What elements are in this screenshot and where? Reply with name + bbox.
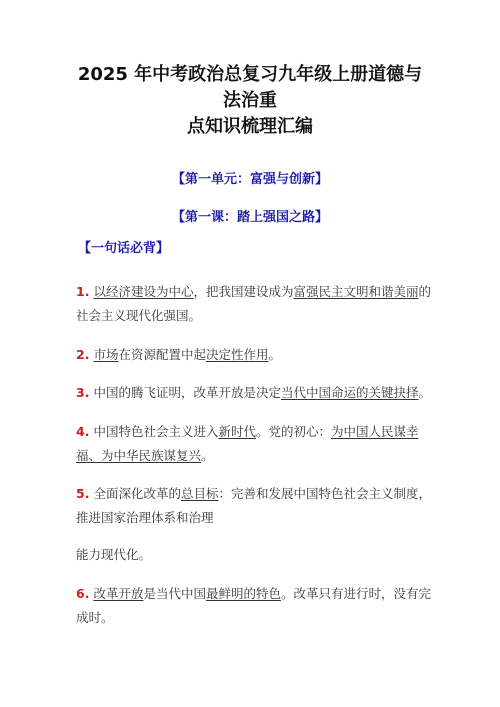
lesson-heading: 【第一课：踏上强国之路】	[0, 206, 500, 225]
title-line-2: 点知识梳理汇编	[187, 116, 313, 137]
list-item: 3. 中国的腾飞证明，改革开放是决定当代中国命运的关键抉择。	[76, 381, 436, 405]
item-text: 在资源配置中起	[118, 347, 206, 362]
item-text: 中国特色社会主义进入	[93, 424, 218, 439]
document-page: 2025 年中考政治总复习九年级上册道德与法治重 点知识梳理汇编 【第一单元：富…	[0, 0, 500, 707]
item-text: 中国的腾飞证明，改革开放是决定	[93, 385, 281, 400]
item-number: 2.	[76, 347, 89, 362]
underlined-key-phrase: 改革开放	[93, 586, 143, 601]
list-item-continuation: 能力现代化。	[76, 543, 436, 567]
underlined-key-phrase: 决定性作用	[206, 347, 269, 362]
item-text: 。党的初心：	[256, 424, 331, 439]
item-text: ，把我国建设成为	[193, 284, 293, 299]
title-line-1: 2025 年中考政治总复习九年级上册道德与法治重	[78, 64, 422, 111]
list-item: 1. 以经济建设为中心，把我国建设成为富强民主文明和谐美丽的社会主义现代化强国。	[76, 280, 436, 328]
underlined-key-phrase: 市场	[93, 347, 118, 362]
underlined-key-phrase: 富强民主文明和谐美丽	[293, 284, 418, 299]
list-item: 6. 改革开放是当代中国最鲜明的特色。改革只有进行时，没有完成时。	[76, 582, 436, 630]
item-number: 1.	[76, 284, 89, 299]
underlined-key-phrase: 总目标	[181, 486, 219, 501]
item-number: 4.	[76, 424, 89, 439]
underlined-key-phrase: 以经济建设为中心	[93, 284, 193, 299]
item-text: 。	[418, 385, 431, 400]
item-number: 3.	[76, 385, 89, 400]
item-number: 5.	[76, 486, 89, 501]
item-text: 。	[268, 347, 281, 362]
item-number: 6.	[76, 586, 89, 601]
section-heading: 【一句话必背】	[78, 237, 169, 256]
item-text: 是当代中国	[143, 586, 206, 601]
underlined-key-phrase: 新时代	[218, 424, 256, 439]
list-item: 2. 市场在资源配置中起决定性作用。	[76, 343, 436, 367]
list-item: 5. 全面深化改革的总目标：完善和发展中国特色社会主义制度，推进国家治理体系和治…	[76, 482, 436, 530]
item-text: 全面深化改革的	[93, 486, 181, 501]
unit-heading: 【第一单元：富强与创新】	[0, 168, 500, 187]
list-item: 4. 中国特色社会主义进入新时代。党的初心：为中国人民谋幸福、为中华民族谋复兴。	[76, 420, 436, 468]
document-title: 2025 年中考政治总复习九年级上册道德与法治重 点知识梳理汇编	[70, 62, 430, 140]
underlined-key-phrase: 当代中国命运的关键抉择	[281, 385, 419, 400]
underlined-key-phrase: 最鲜明的特色	[206, 586, 281, 601]
item-text: 。	[201, 448, 214, 463]
